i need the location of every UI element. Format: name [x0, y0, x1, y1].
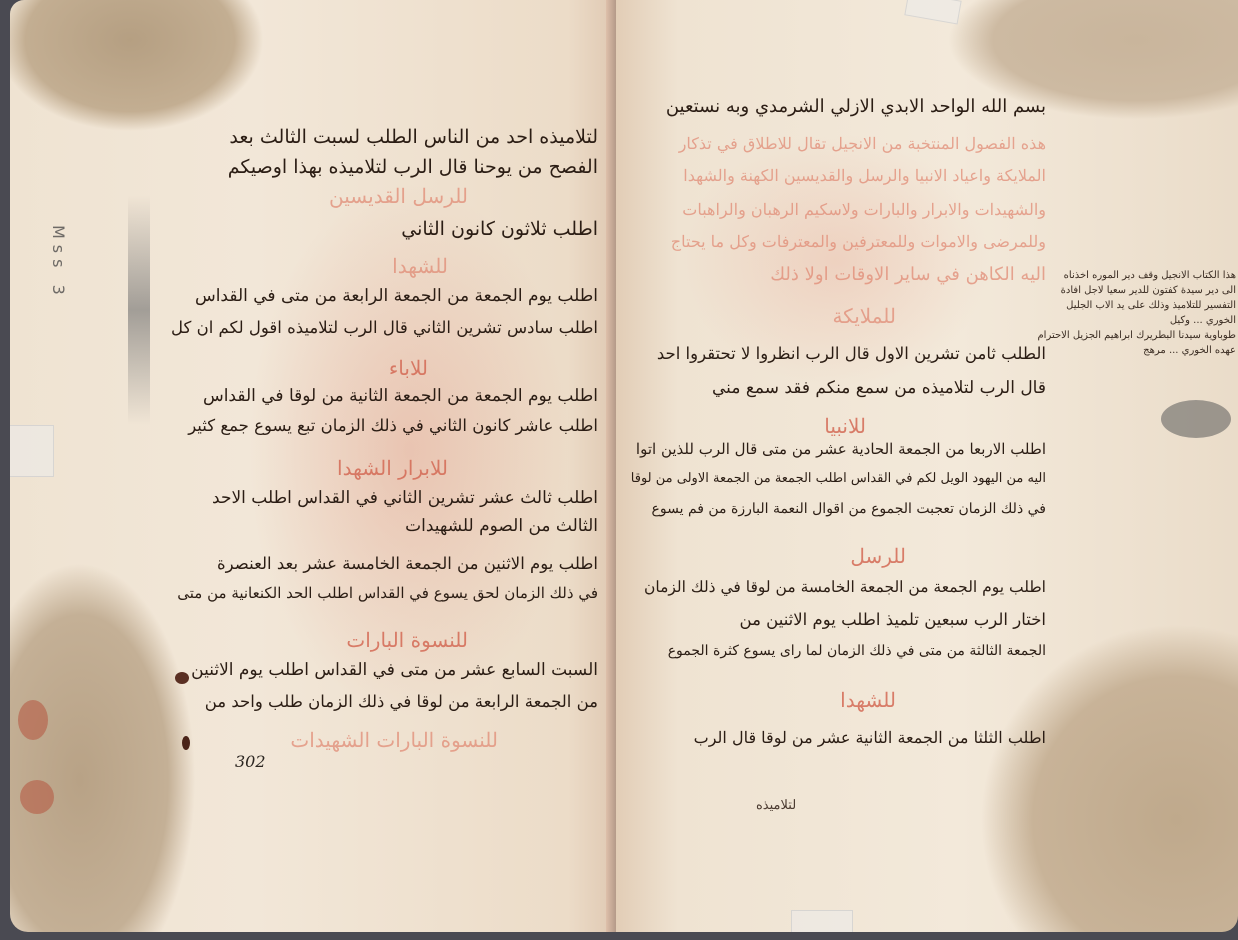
text-line: من الجمعة الرابعة من لوقا في ذلك الزمان …	[205, 694, 598, 711]
text-line: الفصح من يوحنا قال الرب لتلاميذه بهذا او…	[228, 158, 598, 177]
marginal-line: طوباوية سيدنا البطريرك ابراهيم الجزيل ال…	[1026, 328, 1236, 343]
text-line: في ذلك الزمان لحق يسوع في القداس اطلب ال…	[177, 586, 598, 601]
text-line: اطلب عاشر كانون الثاني في ذلك الزمان تبع…	[188, 418, 598, 435]
repair-tape	[10, 425, 54, 477]
manuscript-spread: Mss 3 لتلاميذه احد من الناس الطلب لسبت ا…	[10, 0, 1238, 936]
rubric-heading: للنسوة البارات الشهيدات	[290, 730, 498, 750]
rubric-heading: للملايكة	[832, 306, 896, 326]
text-line: اطلب ثالث عشر تشرين الثاني في القداس اطل…	[212, 490, 598, 507]
text-line: اطلب ثلاثون كانون الثاني	[401, 220, 598, 239]
text-line: اطلب الثلثا من الجمعة الثانية عشر من لوق…	[694, 730, 1046, 746]
rubric-heading: للانبيا	[824, 416, 866, 436]
marginal-line: الى دير سيدة كفتون للدير سعيا لاجل افادة	[1026, 283, 1236, 298]
marginal-ownership-note: هذا الكتاب الانجيل وقف دير الموره اخذناه…	[1026, 268, 1236, 358]
rubric-text-line: الملايكة واعياد الانبيا والرسل والقديسين…	[683, 168, 1046, 184]
catchword: لتلاميذه	[756, 798, 796, 813]
left-page-text: لتلاميذه احد من الناس الطلب لسبت الثالث …	[210, 128, 598, 768]
pencil-smudge	[128, 195, 150, 425]
rubric-text-line: وللمرضى والاموات وللمعترفين والمعترفات و…	[671, 234, 1046, 250]
rubric-text-line: هذه الفصول المنتخبة من الانجيل تقال للاط…	[679, 136, 1046, 152]
ink-spot	[175, 672, 189, 684]
basmala-heading: بسم الله الواحد الابدي الازلي الشرمدي وب…	[666, 98, 1046, 116]
repair-tape	[904, 0, 961, 25]
text-line: اطلب يوم الاثنين من الجمعة الخامسة عشر ب…	[217, 556, 598, 573]
water-stain	[18, 700, 48, 740]
rubric-heading: للشهدا	[840, 690, 896, 710]
text-line: في ذلك الزمان تعجبت الجموع من اقوال النع…	[652, 502, 1046, 516]
rubric-heading: للنسوة البارات	[346, 630, 468, 650]
right-page: بسم الله الواحد الابدي الازلي الشرمدي وب…	[616, 0, 1238, 932]
text-line: اطلب يوم الجمعة من الجمعة الرابعة من متى…	[195, 288, 598, 305]
rubric-heading: للرسل القديسين	[329, 186, 468, 206]
rubric-heading: للرسل	[850, 546, 906, 566]
repair-tape	[791, 910, 853, 932]
text-line: قال الرب لتلاميذه من سمع منكم فقد سمع من…	[712, 380, 1046, 397]
text-line: السبت السابع عشر من متى في القداس اطلب ي…	[191, 662, 598, 679]
text-line: الطلب ثامن تشرين الاول قال الرب انظروا ل…	[657, 346, 1046, 363]
water-stain	[20, 780, 54, 814]
marginal-line: التفسير للتلاميذ وذلك على يد الاب الجليل	[1026, 298, 1236, 313]
left-page: Mss 3 لتلاميذه احد من الناس الطلب لسبت ا…	[10, 0, 616, 932]
pencil-margin-note: Mss 3	[49, 225, 68, 301]
text-line: اطلب الاربعا من الجمعة الحادية عشر من مت…	[636, 442, 1046, 457]
marginal-line: عهده الخوري ... مرهج	[1026, 343, 1236, 358]
text-line: اطلب يوم الجمعة من الجمعة الثانية من لوق…	[203, 388, 598, 405]
rubric-text-line: اليه الكاهن في ساير الاوقات اولا ذلك	[770, 266, 1046, 284]
text-line: اليه من اليهود الويل لكم في القداس اطلب …	[631, 472, 1046, 485]
folio-number: 302	[235, 752, 266, 771]
text-line: الثالث من الصوم للشهيدات	[405, 518, 598, 535]
rubric-heading: للابرار الشهدا	[337, 458, 448, 478]
right-page-text: بسم الله الواحد الابدي الازلي الشرمدي وب…	[676, 98, 1046, 758]
text-line: اختار الرب سبعين تلميذ اطلب يوم الاثنين …	[740, 612, 1046, 629]
marginal-line: هذا الكتاب الانجيل وقف دير الموره اخذناه	[1026, 268, 1236, 283]
rubric-text-line: والشهيدات والابرار والبارات ولاسكيم الره…	[682, 202, 1046, 218]
ink-spot	[182, 736, 190, 750]
text-line: لتلاميذه احد من الناس الطلب لسبت الثالث …	[229, 128, 598, 147]
text-line: اطلب يوم الجمعة من الجمعة الخامسة من لوق…	[644, 580, 1046, 596]
text-line: الجمعة الثالثة من متى في ذلك الزمان لما …	[668, 644, 1046, 658]
text-line: اطلب سادس تشرين الثاني قال الرب لتلاميذه…	[171, 320, 598, 337]
marginal-line: الخوري ... وكيل	[1026, 313, 1236, 328]
rubric-heading: للاباء	[389, 358, 428, 378]
rubric-heading: للشهدا	[392, 256, 448, 276]
ink-smudge	[1161, 400, 1231, 438]
